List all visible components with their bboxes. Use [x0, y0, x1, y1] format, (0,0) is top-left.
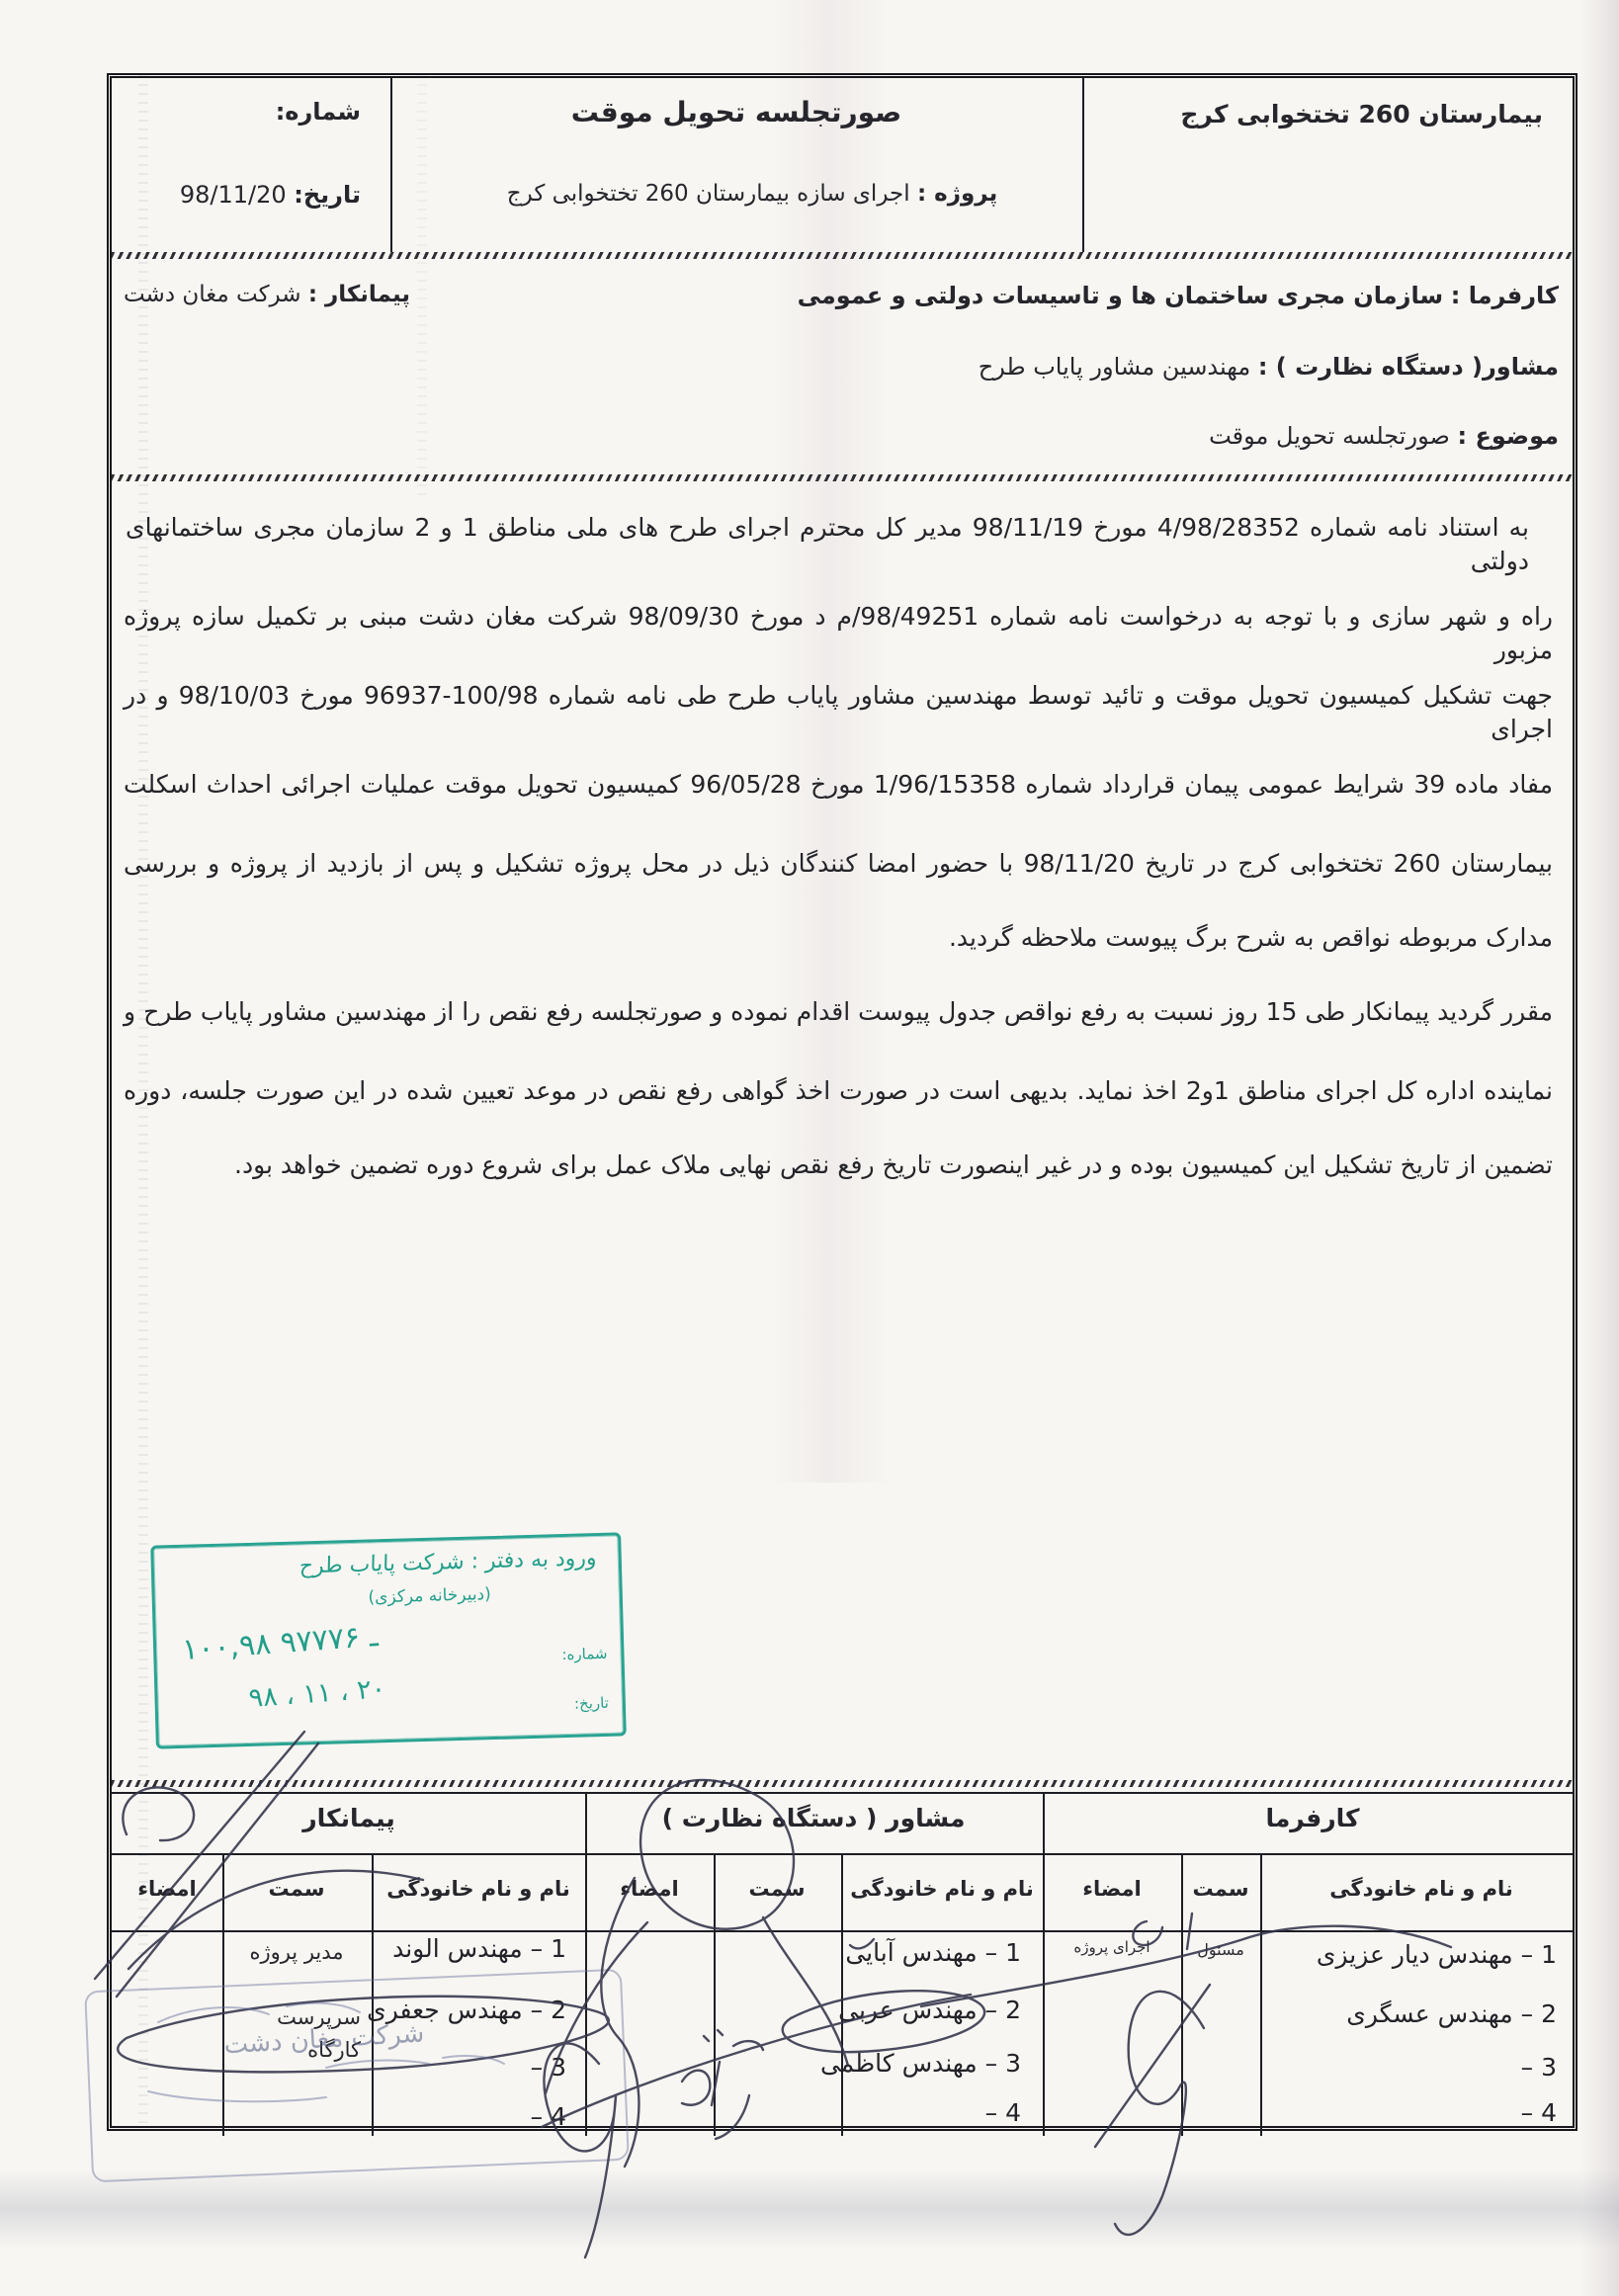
employer-value: سازمان مجری ساختمان ها و تاسیسات دولتی و… — [798, 282, 1443, 309]
hospital-name: بیمارستان 260 تختخوابی کرج — [1180, 98, 1543, 131]
consultant-row-name: 1 – مهندس آبایی — [845, 1938, 1021, 1967]
signature-table-top-divider — [112, 1780, 1573, 1787]
body-line: مفاد ماده 39 شرایط عمومی پیمان قرارداد ش… — [124, 768, 1553, 802]
body-line: مقرر گردید پیمانکار طی 15 روز نسبت به رف… — [124, 995, 1553, 1029]
body-line: راه و شهر سازی و با توجه به درخواست نامه… — [124, 600, 1553, 667]
contractor-value: شرکت مغان دشت — [124, 282, 301, 307]
employer-row-name: 1 – مهندس دیار عزیزی — [1317, 1940, 1557, 1969]
consultant-row-name: 3 – مهندس کاظمی — [820, 2049, 1021, 2078]
employer-col-sign: امضاء — [1082, 1877, 1142, 1901]
entry-stamp-title: ورود به دفتر : شرکت پایاب طرح — [299, 1546, 597, 1578]
employer-row-post: مسئول — [1197, 1940, 1244, 1959]
body-line: بیمارستان 260 تختخوابی کرج در تاریخ 98/1… — [124, 847, 1553, 881]
contractor-label: پیمانکار : — [308, 282, 410, 307]
body-line: به استناد نامه شماره 4/98/28352 مورخ 98/… — [126, 511, 1529, 578]
consultant-col-post: سمت — [749, 1877, 806, 1901]
header-divider-left — [390, 78, 392, 252]
employer-label: کارفرما : — [1451, 282, 1559, 309]
entry-stamp-date-value: ۹۸ ، ۱۱ ، ۲۰ — [248, 1673, 387, 1714]
employer-row-name: 4 – — [1521, 2098, 1557, 2127]
header-divider-right — [1082, 78, 1084, 252]
consultant-col-name: نام و نام خانودگی — [850, 1877, 1034, 1901]
document-border: بیمارستان 260 تختخوابی کرج صورتجلسه تحوی… — [107, 73, 1577, 2131]
employer-section-title: کارفرما — [1265, 1804, 1359, 1832]
consultant-col-line-1 — [714, 1853, 716, 2136]
consultant-section-title: مشاور ( دستگاه نظارت ) — [662, 1804, 966, 1832]
document-title: صورتجلسه تحویل موقت — [571, 94, 901, 131]
employer-col-line-2 — [1260, 1853, 1262, 2136]
body-line: جهت تشکیل کمیسیون تحویل موقت و تائید توس… — [124, 679, 1553, 746]
entry-stamp-number-label: شماره: — [561, 1645, 607, 1663]
contractor-row-name: 1 – مهندس الوند — [392, 1934, 566, 1963]
consultant-row-name: 2 – مهندس عربی — [838, 1996, 1021, 2024]
office-entry-stamp: ورود به دفتر : شرکت پایاب طرح (دبیرخانه … — [150, 1532, 627, 1748]
contractor-col-name: نام و نام خانودگی — [386, 1877, 570, 1901]
consultant-line: مشاور( دستگاه نظارت ) : مهندسین مشاور پا… — [979, 351, 1559, 383]
consultant-col-sign: امضاء — [620, 1877, 679, 1901]
number-label: شماره: — [276, 96, 361, 128]
consultant-label: مشاور( دستگاه نظارت ) : — [1258, 353, 1559, 381]
entry-stamp-subtitle: (دبیرخانه مرکزی) — [368, 1584, 491, 1607]
contractor-line: پیمانکار : شرکت مغان دشت — [124, 280, 410, 310]
employer-row-post-overflow: اجرای پروژه — [1073, 1938, 1150, 1956]
employer-col-post: سمت — [1193, 1877, 1249, 1901]
scan-edge-shadow-right — [1581, 0, 1619, 2296]
employer-col-name: نام و نام خانودگی — [1329, 1877, 1513, 1901]
subject-line: موضوع : صورتجلسه تحویل موقت — [1209, 420, 1559, 452]
contractor-row-post: مدیر پروژه — [232, 1940, 361, 1964]
section-divider-1 — [112, 252, 1573, 259]
body-line: مدارک مربوطه نواقص به شرح برگ پیوست ملاح… — [949, 921, 1553, 955]
employer-col-line-1 — [1181, 1853, 1183, 2136]
body-line: نماینده اداره کل اجرای مناطق 1و2 اخذ نما… — [124, 1074, 1553, 1108]
project-value: اجرای سازه بیمارستان 260 تختخوابی کرج — [507, 181, 910, 207]
consultant-row-name: 4 – — [985, 2098, 1021, 2127]
employer-row-name: 3 – — [1521, 2053, 1557, 2082]
date-value: 98/11/20 — [180, 181, 287, 209]
contractor-company-stamp-text: شرکت مغان دشت — [223, 2018, 425, 2060]
contractor-section-title: پیمانکار — [302, 1804, 394, 1832]
contractor-col-post: سمت — [269, 1877, 325, 1901]
body-line: تضمین از تاریخ تشکیل این کمیسیون بوده و … — [234, 1148, 1553, 1182]
consultant-col-line-2 — [841, 1853, 843, 2136]
employer-line: کارفرما : سازمان مجری ساختمان ها و تاسیس… — [798, 280, 1559, 311]
subject-value: صورتجلسه تحویل موقت — [1209, 422, 1450, 450]
date-line: تاریخ: 98/11/20 — [180, 179, 361, 211]
consultant-value: مهندسین مشاور پایاب طرح — [979, 353, 1250, 381]
project-label: پروژه : — [917, 181, 997, 207]
entry-stamp-date-label: تاریخ: — [574, 1694, 609, 1713]
entry-stamp-number-value: ۱۰۰,۹۸ ـ ۹۷۷۷۶ — [181, 1619, 380, 1667]
contractor-col-sign: امضاء — [137, 1877, 197, 1901]
project-line: پروژه : اجرای سازه بیمارستان 260 تختخواب… — [507, 179, 997, 210]
employer-row-name: 2 – مهندس عسگری — [1346, 1999, 1557, 2028]
contractor-company-stamp: شرکت مغان دشت — [84, 1969, 630, 2183]
subject-label: موضوع : — [1458, 422, 1560, 450]
scan-shadow-bottom — [0, 2169, 1619, 2249]
signature-table-top-line — [112, 1792, 1573, 1794]
table-section-divider-2 — [1043, 1792, 1045, 2136]
section-divider-2 — [112, 474, 1573, 481]
date-label: تاریخ: — [294, 181, 361, 209]
scanned-document-page: { "header": { "hospital": "بیمارستان 260… — [0, 0, 1619, 2296]
